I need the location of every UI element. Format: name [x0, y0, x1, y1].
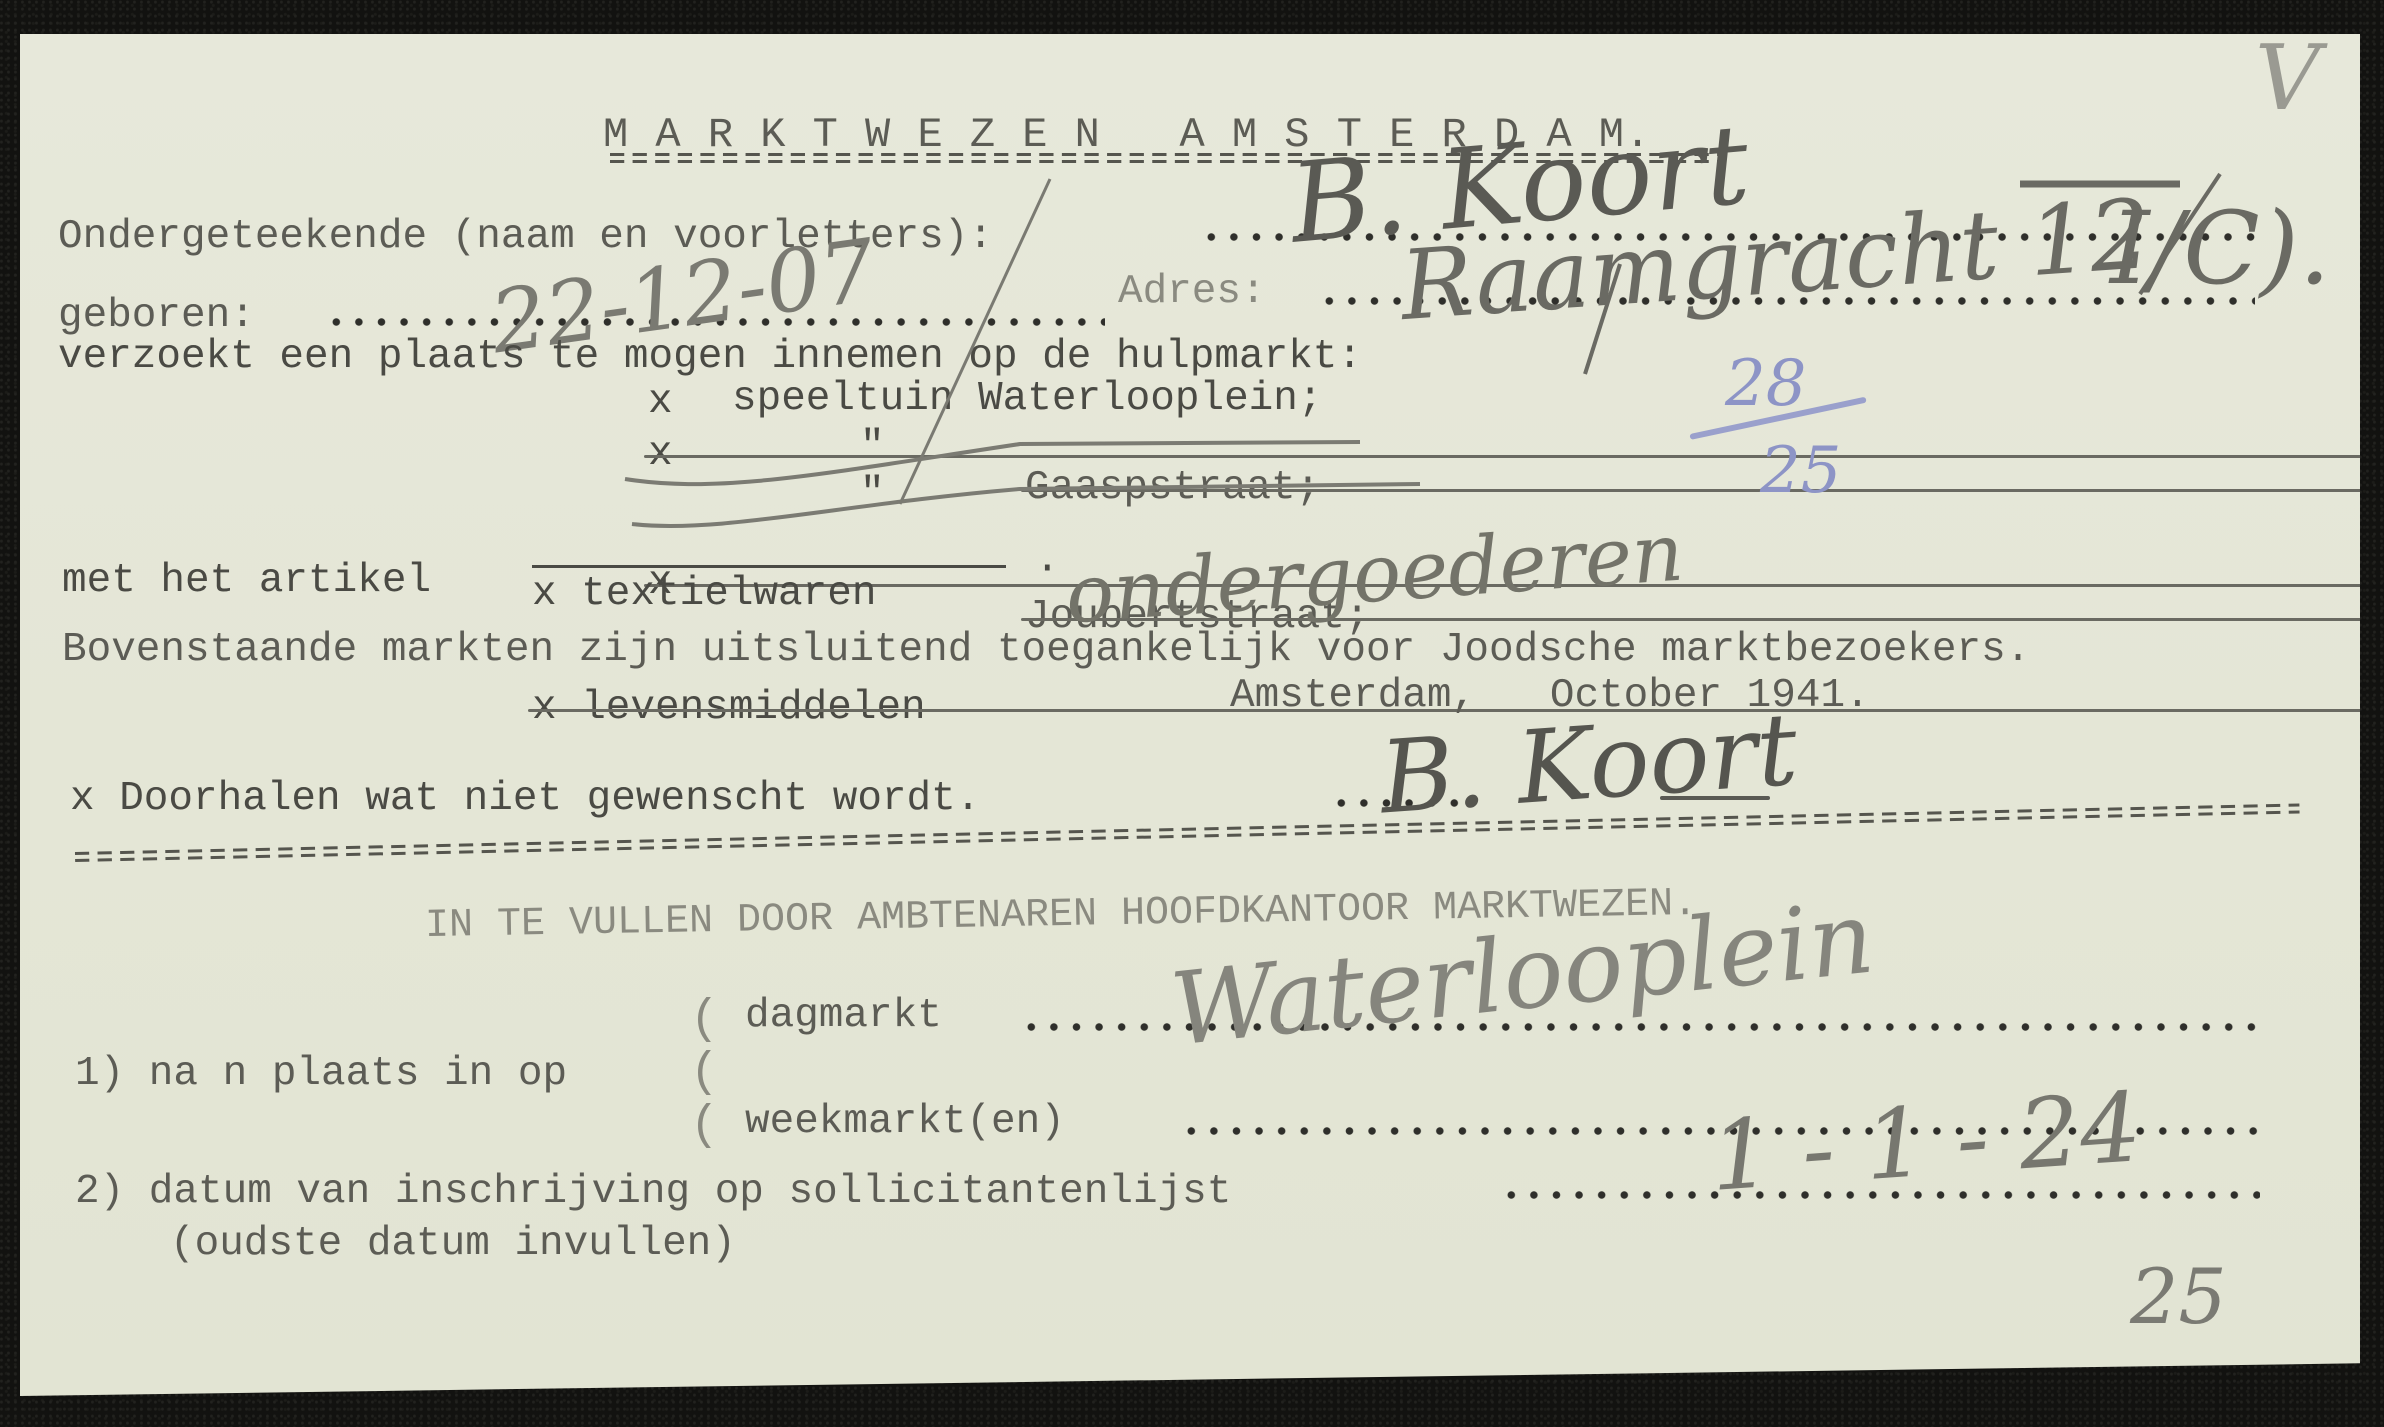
market-application-card: M A R K T W E Z E N A M S T E R D A M. O… — [20, 34, 2360, 1396]
pencil-strokes — [20, 34, 2360, 1396]
